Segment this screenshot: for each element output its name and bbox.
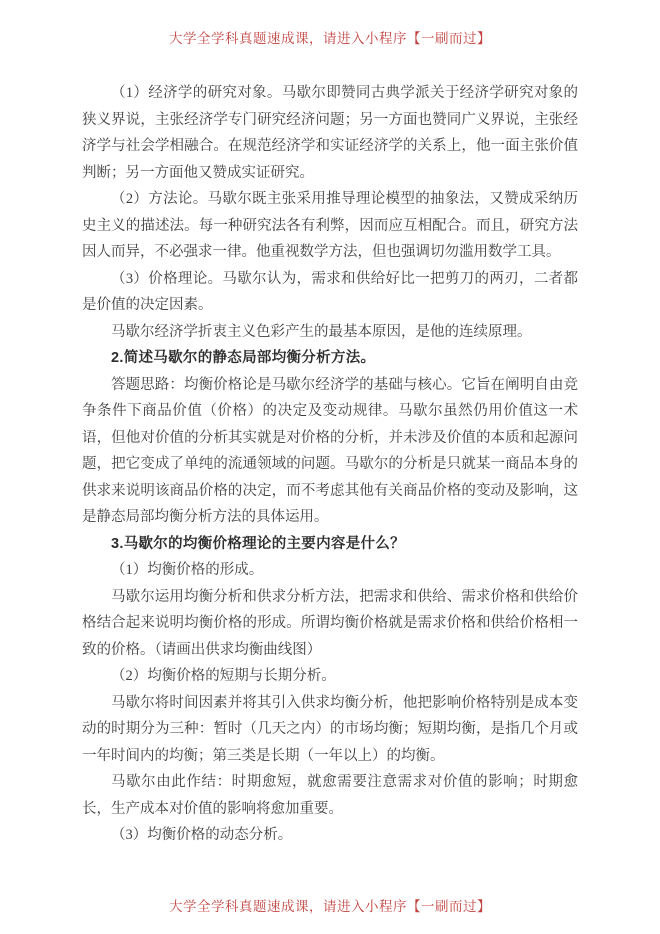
paragraph: （1）经济学的研究对象。马歇尔即赞同古典学派关于经济学研究对象的狭义界说，主张经… — [82, 80, 578, 186]
paragraph: 马歇尔由此作结：时期愈短，就愈需要注意需求对价值的影响；时期愈长，生产成本对价值… — [82, 769, 578, 822]
paragraph: 答题思路：均衡价格论是马歇尔经济学的基础与核心。它旨在阐明自由竞争条件下商品价值… — [82, 372, 578, 531]
paragraph: 马歇尔将时间因素并将其引入供求均衡分析，他把影响价格特别是成本变动的时期分为三种… — [82, 690, 578, 770]
header-promo-note: 大学全学科真题速成课，请进入小程序【一刷而过】 — [0, 27, 660, 47]
paragraph: （3）价格理论。马歇尔认为，需求和供给好比一把剪刀的两刃，二者都是价值的决定因素… — [82, 266, 578, 319]
paragraph: （3）均衡价格的动态分析。 — [82, 822, 578, 849]
footer-promo-note: 大学全学科真题速成课，请进入小程序【一刷而过】 — [0, 895, 660, 915]
question-heading: 3.马歇尔的均衡价格理论的主要内容是什么？ — [82, 531, 578, 558]
paragraph: 马歇尔经济学折衷主义色彩产生的最基本原因，是他的连续原理。 — [82, 319, 578, 346]
question-heading: 2.简述马歇尔的静态局部均衡分析方法。 — [82, 345, 578, 372]
paragraph: （2）方法论。马歇尔既主张采用推导理论模型的抽象法，又赞成采纳历史主义的描述法。… — [82, 186, 578, 266]
paragraph: （2）均衡价格的短期与长期分析。 — [82, 663, 578, 690]
document-page: 大学全学科真题速成课，请进入小程序【一刷而过】 （1）经济学的研究对象。马歇尔即… — [0, 0, 660, 934]
paragraph: 马歇尔运用均衡分析和供求分析方法，把需求和供给、需求价格和供给价格结合起来说明均… — [82, 584, 578, 664]
document-body: （1）经济学的研究对象。马歇尔即赞同古典学派关于经济学研究对象的狭义界说，主张经… — [82, 80, 578, 849]
paragraph: （1）均衡价格的形成。 — [82, 557, 578, 584]
